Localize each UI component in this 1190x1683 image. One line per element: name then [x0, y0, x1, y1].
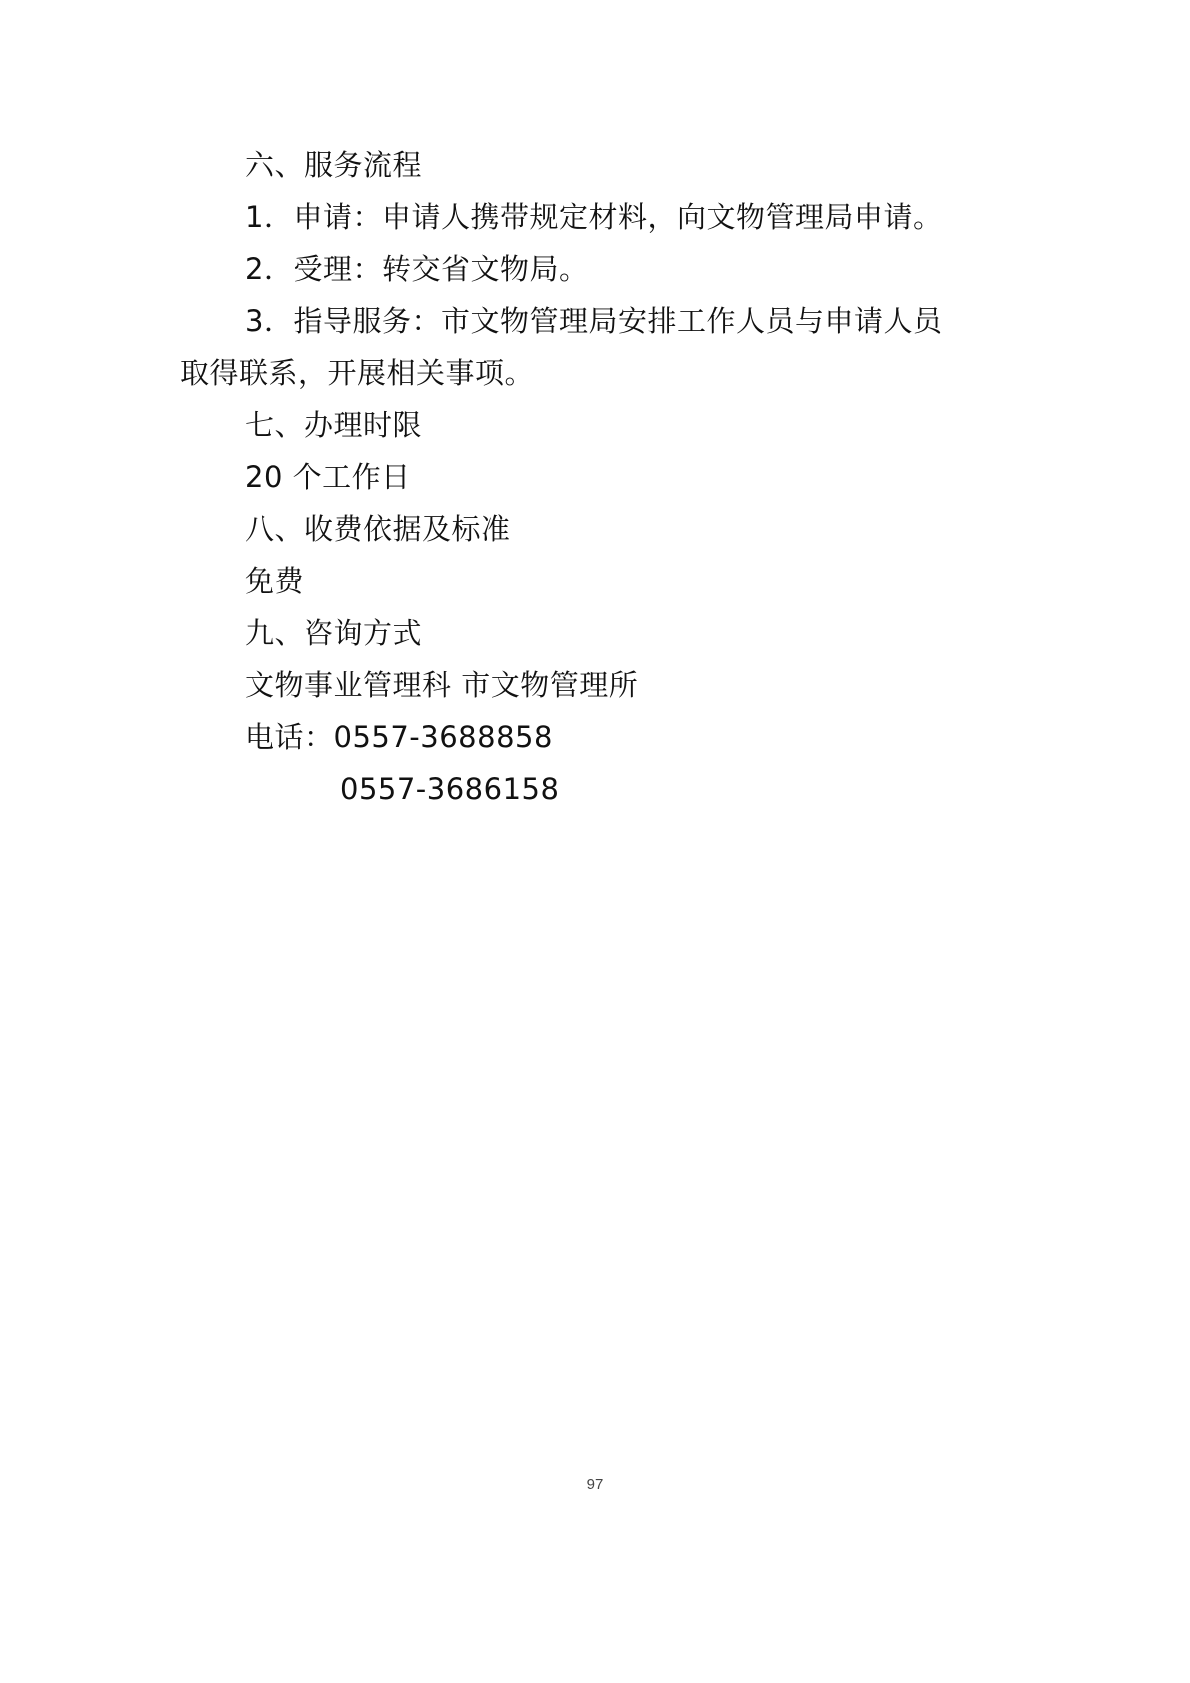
section-eight-heading: 八、收费依据及标准 — [245, 509, 511, 549]
page-number: 97 — [0, 1476, 1190, 1493]
processing-time-value: 20 个工作日 — [245, 457, 411, 497]
process-step-1: 1．申请：申请人携带规定材料，向文物管理局申请。 — [245, 197, 942, 237]
section-seven-heading: 七、办理时限 — [245, 405, 422, 445]
fee-value: 免费 — [245, 561, 304, 601]
contact-phone-1: 电话：0557-3688858 — [245, 717, 553, 757]
contact-departments: 文物事业管理科 市文物管理所 — [245, 665, 638, 705]
process-step-3: 3．指导服务：市文物管理局安排工作人员与申请人员 — [245, 301, 942, 341]
process-step-3-continuation: 取得联系，开展相关事项。 — [180, 353, 534, 393]
section-six-heading: 六、服务流程 — [245, 145, 422, 185]
section-nine-heading: 九、咨询方式 — [245, 613, 422, 653]
process-step-2: 2．受理：转交省文物局。 — [245, 249, 588, 289]
contact-phone-2: 0557-3686158 — [340, 769, 559, 809]
document-page: 六、服务流程 1．申请：申请人携带规定材料，向文物管理局申请。 2．受理：转交省… — [0, 0, 1190, 1683]
